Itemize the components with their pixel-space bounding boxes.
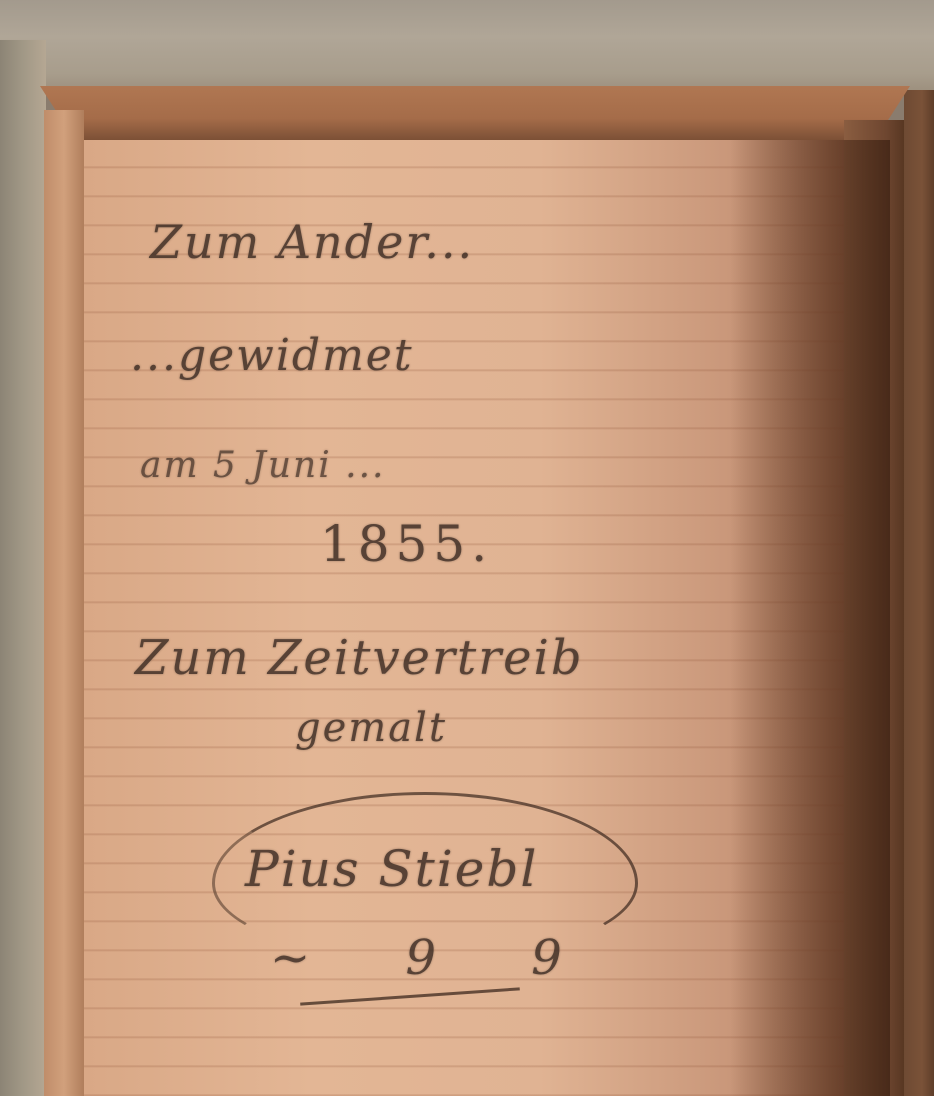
outer-frame-top	[0, 0, 934, 92]
signature: Pius Stiebl	[245, 840, 538, 898]
inscription-line-1: Zum Ander...	[150, 215, 474, 269]
inscription-line-5: Zum Zeitvertreib	[135, 630, 584, 686]
inscription-line-2: ...gewidmet	[130, 330, 414, 381]
inscription-date: 1855.	[320, 515, 493, 573]
outer-frame-left	[0, 40, 46, 1096]
panel-shadow	[730, 140, 890, 1096]
outer-frame-right	[904, 90, 934, 1096]
signature-flourish: ~ 9 9	[270, 930, 602, 986]
inner-rabbet-left	[44, 110, 84, 1096]
inner-rabbet-top	[40, 86, 910, 140]
inscription-line-6: gemalt	[295, 705, 447, 751]
inscription-line-3: am 5 Juni ...	[140, 445, 385, 486]
